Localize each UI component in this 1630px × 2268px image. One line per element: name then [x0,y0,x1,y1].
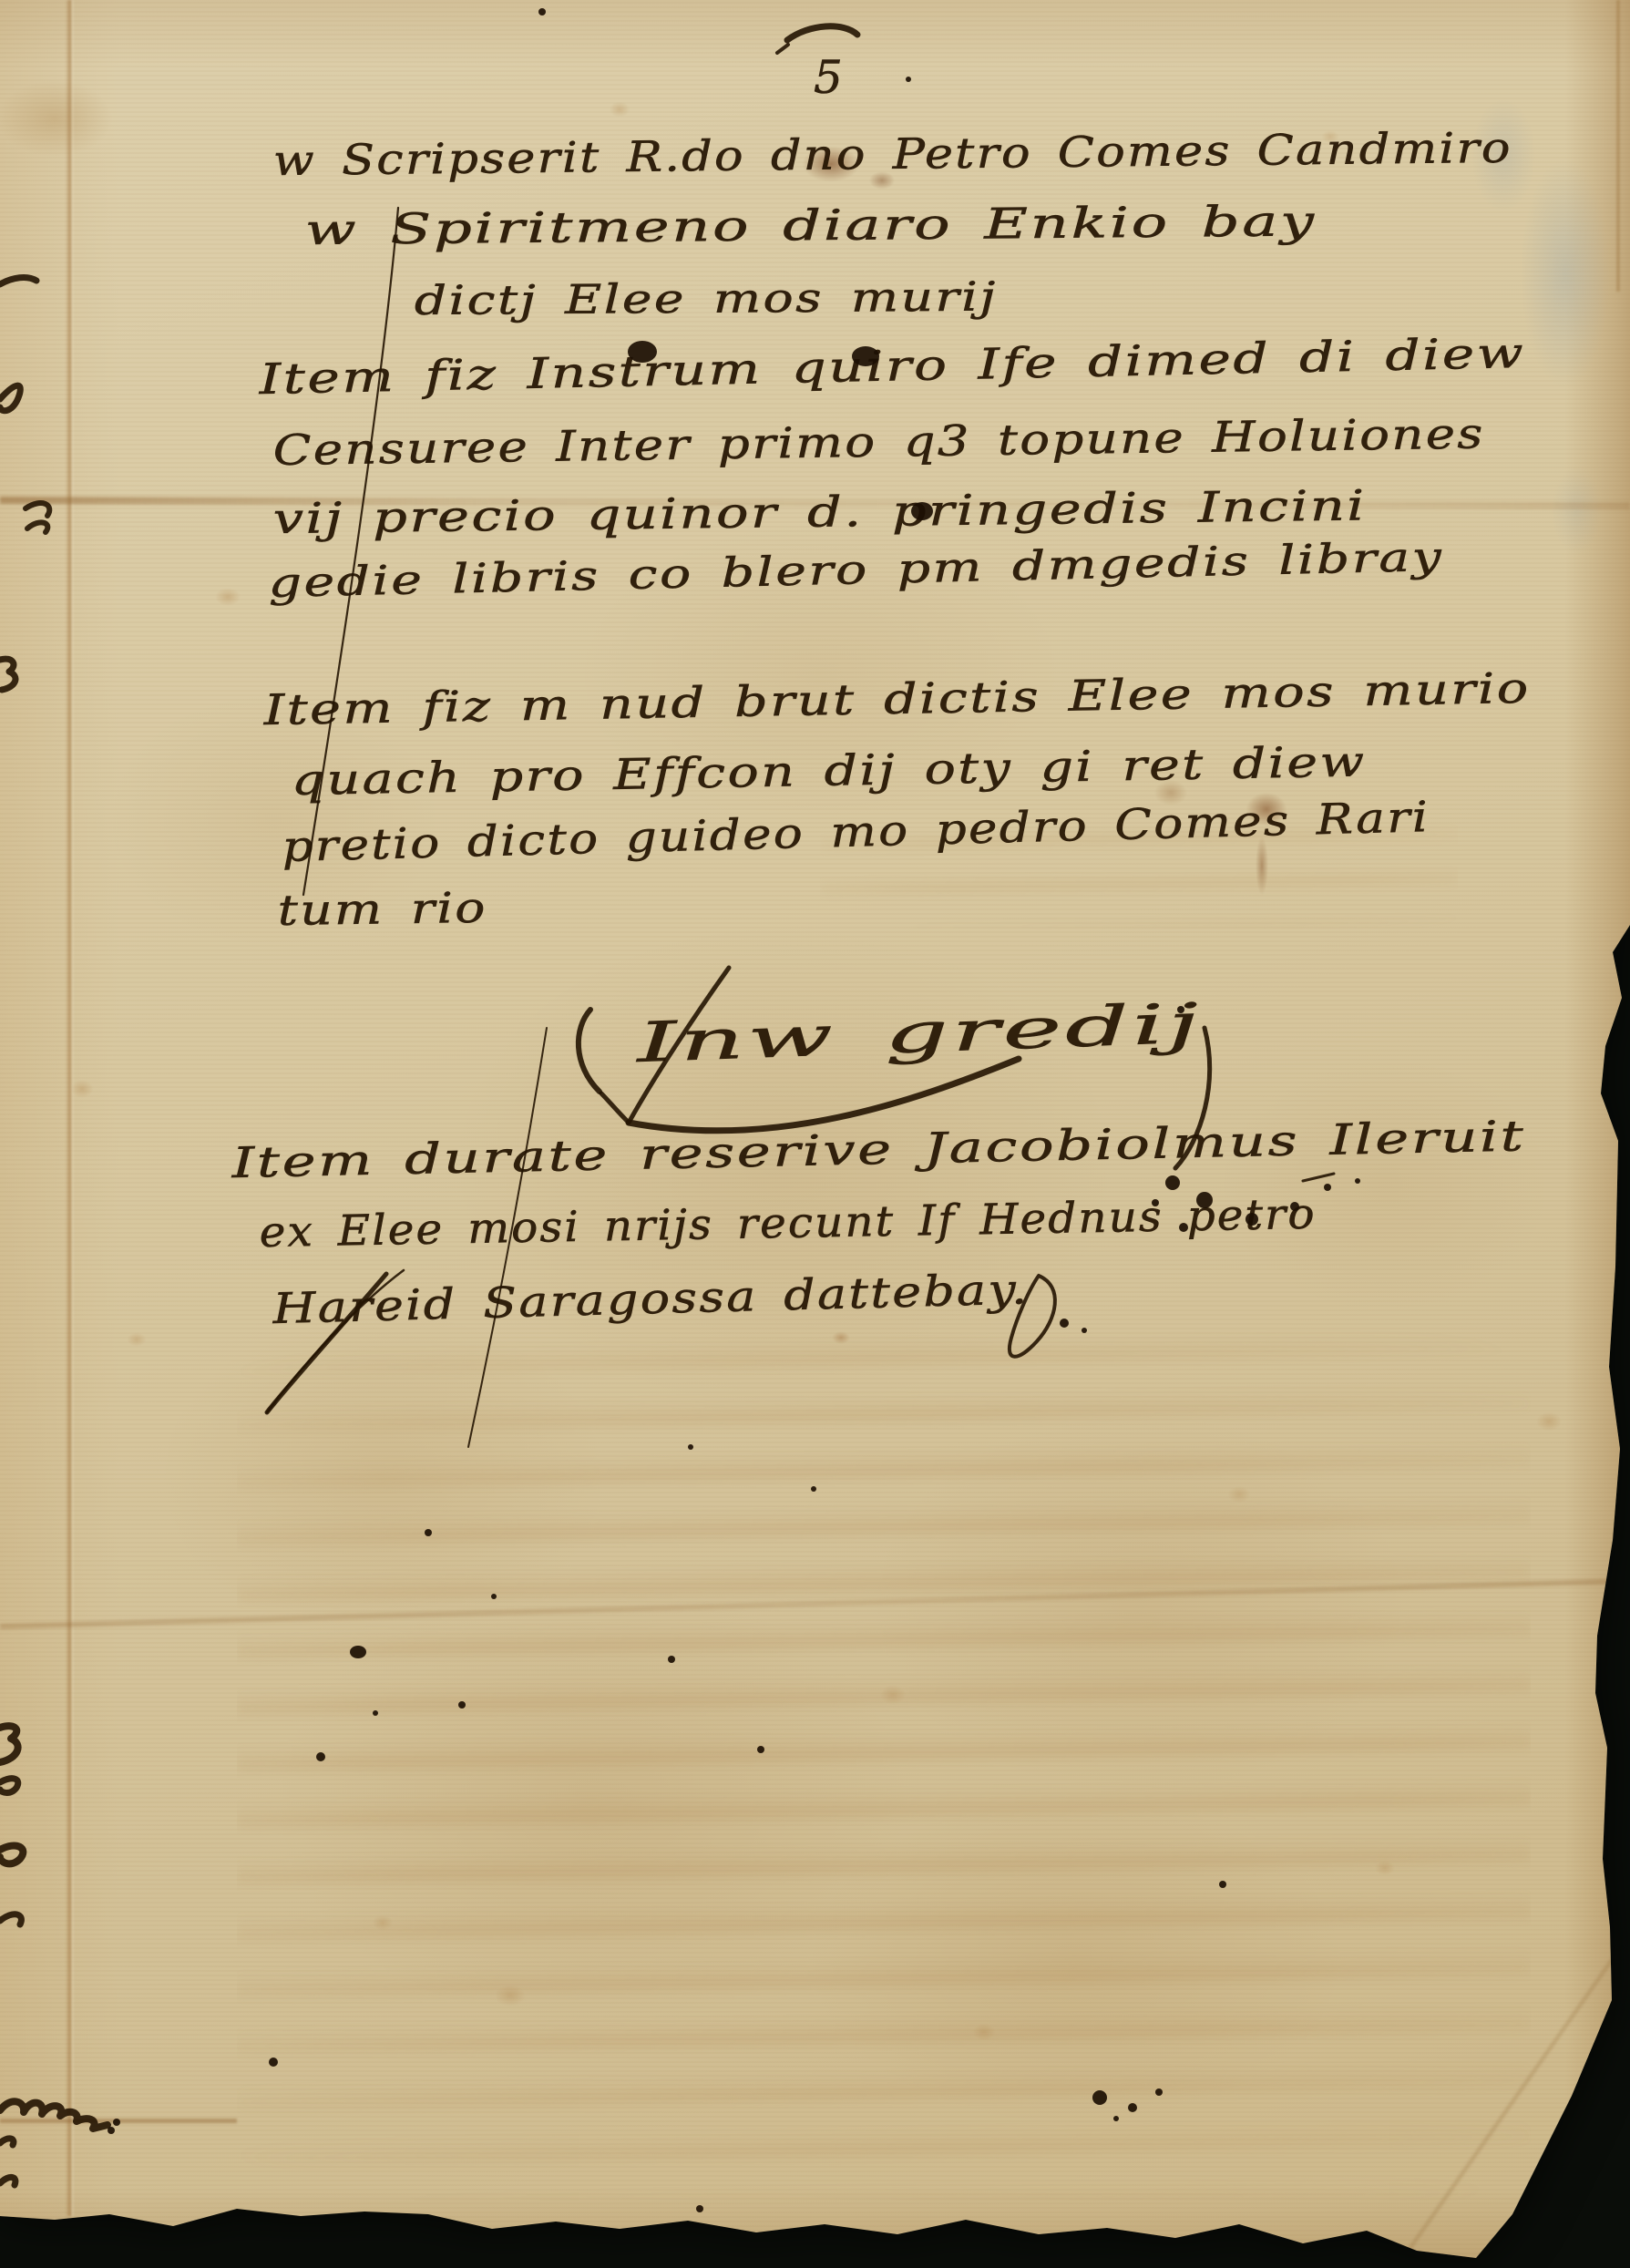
signature-text: Inw gredij [634,991,1203,1075]
manuscript-line: ex Elee mosi nrijs recunt If Hednus petr… [259,1189,1317,1257]
folio-tick [777,45,788,53]
ink-spatter-bottom [1092,2088,1163,2121]
manuscript-line: tum rio [277,883,487,935]
ink-dot [906,77,911,82]
manuscript-line: vij precio quinor d. pringedis Incini [272,480,1367,543]
manuscript-line: Item fiz Instrum quiro Ife dimed di diew [258,328,1526,404]
manuscript-line: dictj Elee mos murij [415,274,998,324]
folio-swash [787,26,857,40]
manuscript-line: gedie libris co blero pm dmgedis libray [268,534,1444,607]
manuscript-line: Item durate reserive Jacobiolmus Ileruit [231,1111,1526,1187]
handwriting-layer: 5 w Scripserit R.do dno Petro Comes Cand… [0,0,1630,2268]
ink-dot [1060,1319,1069,1328]
manuscript-line: pretio dicto guideo mo pedro Comes Rari [282,792,1430,871]
manuscript-line: w Spiritmeno diaro Enkio bay [305,196,1317,254]
left-margin-ink-fragments [0,278,115,2185]
folio-number: 5 [814,51,845,104]
manuscript-line: Censuree Inter primo q3 topune Holuiones [272,408,1485,475]
manuscript-line: w Scripserit R.do dno Petro Comes Candmi… [273,123,1512,185]
ink-blot [628,341,657,363]
signature-flourish-curl [579,1010,600,1092]
parchment-paper: 5 w Scripserit R.do dno Petro Comes Cand… [0,0,1630,2268]
ink-blot [852,346,879,366]
manuscript-line: Item fiz m nud brut dictis Elee mos muri… [262,663,1531,734]
manuscript-scan: 5 w Scripserit R.do dno Petro Comes Cand… [0,0,1630,2268]
manuscript-page: 5 w Scripserit R.do dno Petro Comes Cand… [0,0,1630,2268]
ink-blot [911,502,933,520]
ink-dot [1177,1006,1184,1013]
ink-dot [1082,1328,1087,1333]
manuscript-line: quach pro Effcon dij oty gi ret diew [291,736,1367,805]
